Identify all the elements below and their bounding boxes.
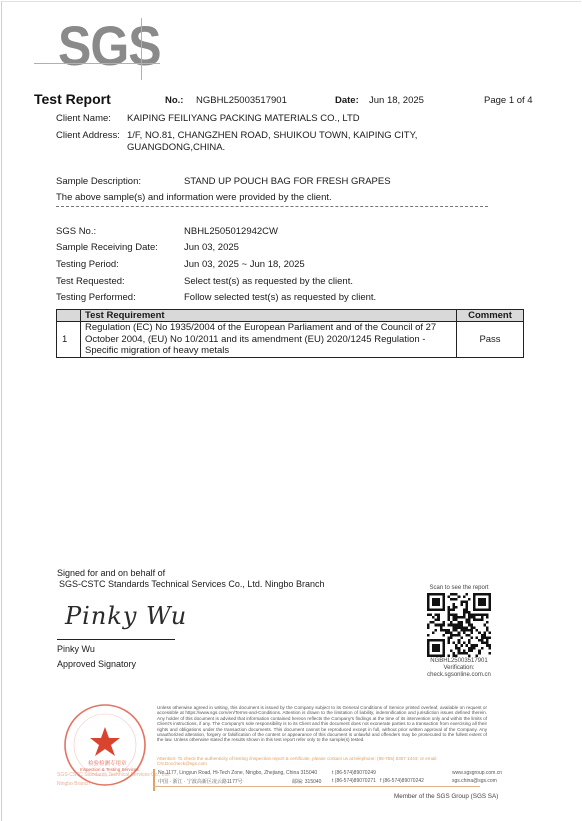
header-comment: Comment [457, 310, 524, 322]
date-value: Jun 18, 2025 [369, 95, 424, 106]
postcode-chinese: 邮编: 315040 [292, 778, 321, 785]
star-icon [90, 727, 120, 756]
sgs-no-label: SGS No.: [56, 226, 96, 237]
table-header-row: Test Requirement Comment [57, 310, 524, 322]
testing-period-value: Jun 03, 2025 ~ Jun 18, 2025 [184, 259, 305, 270]
requirement-line: Specific migration of heavy metals [85, 345, 452, 357]
report-no-value: NGBHL25003517901 [196, 95, 287, 106]
receiving-date-value: Jun 03, 2025 [184, 242, 239, 253]
date-label: Date: [335, 95, 359, 106]
header-test-requirement: Test Requirement [81, 310, 457, 322]
testing-performed-label: Testing Performed: [56, 292, 136, 303]
test-requested-value: Select test(s) as requested by the clien… [184, 276, 353, 287]
test-requested-label: Test Requested: [56, 276, 125, 287]
signed-for-text: Signed for and on behalf of [57, 568, 165, 578]
address-english: No.1177, Lingyun Road, Hi-Tech Zone, Nin… [158, 770, 317, 776]
client-name-value: KAIPING FEILIYANG PACKING MATERIALS CO.,… [127, 113, 360, 124]
receiving-date-label: Sample Receiving Date: [56, 242, 158, 253]
qr-report-no: NGBHL25003517901 [420, 658, 498, 665]
email-link[interactable]: sgs.china@sgs.com [452, 778, 497, 784]
sgs-no-value: NBHL2505012942CW [184, 226, 278, 237]
address-chinese: 中国 · 浙江 · 宁波高新区凌云路1177号 [158, 778, 243, 785]
row-comment: Pass [457, 322, 524, 358]
sgs-logo-text: SGS [58, 18, 161, 74]
requirement-line: October 2004, (EU) No 10/2011 and its am… [85, 334, 452, 346]
header-number [57, 310, 81, 322]
sgs-member-note: Member of the SGS Group (SGS SA) [394, 793, 498, 800]
qr-code-icon[interactable] [427, 593, 491, 657]
testing-period-label: Testing Period: [56, 259, 119, 270]
table-row: 1 Regulation (EC) No 1935/2004 of the Eu… [57, 322, 524, 358]
signatory-name: Pinky Wu [57, 644, 95, 654]
signing-company: SGS-CSTC Standards Technical Services Co… [59, 579, 324, 589]
signatory-role: Approved Signatory [57, 659, 136, 669]
test-requirements-table: Test Requirement Comment 1 Regulation (E… [56, 309, 524, 358]
stamp-overlay-line2: Ningbo Branch [57, 781, 90, 787]
report-no-label: No.: [165, 95, 183, 106]
report-page [1, 1, 581, 821]
website-link[interactable]: www.sgsgroup.com.cn [452, 770, 502, 776]
fax-number: f (86-574)89070242 [380, 778, 424, 784]
client-address-label: Client Address: [56, 130, 120, 141]
signature-line [57, 639, 175, 640]
sample-description-value: STAND UP POUCH BAG FOR FRESH GRAPES [184, 176, 391, 187]
client-name-label: Client Name: [56, 113, 111, 124]
testing-performed-value: Follow selected test(s) as requested by … [184, 292, 376, 303]
report-title: Test Report [34, 91, 111, 107]
terms-disclaimer: Unless otherwise agreed in writing, this… [157, 705, 487, 743]
sample-description-label: Sample Description: [56, 176, 141, 187]
telephone-2: t (86-574)89070271 [332, 778, 376, 784]
stamp-center-cn: 检验检测专用章 [88, 759, 127, 767]
handwritten-signature: Pinky Wu [65, 602, 187, 630]
row-requirement: Regulation (EC) No 1935/2004 of the Euro… [81, 322, 457, 358]
qr-verification-label: Verification: [420, 665, 498, 672]
qr-block: Scan to see the report NGBHL25003517901 … [420, 585, 498, 679]
client-address-line2: GUANGDONG,CHINA. [127, 142, 225, 153]
address-accent-bar [153, 769, 155, 791]
telephone-1: t (86-574)89070249 [332, 770, 376, 776]
dashed-separator [56, 206, 488, 208]
row-number: 1 [57, 322, 81, 358]
qr-verification-site: check.sgsonline.com.cn [420, 672, 498, 679]
page-indicator: Page 1 of 4 [484, 95, 533, 106]
qr-caption: Scan to see the report [420, 585, 498, 592]
client-address-line1: 1/F, NO.81, CHANGZHEN ROAD, SHUIKOU TOWN… [127, 130, 417, 141]
authenticity-attention: Attention: To check the authenticity of … [157, 756, 487, 767]
logo-vertical-line [141, 18, 142, 80]
footer-rule [153, 786, 480, 787]
requirement-line: Regulation (EC) No 1935/2004 of the Euro… [85, 322, 452, 334]
company-seal-stamp: 检验检测专用章 Inspection & Testing Services [60, 703, 150, 793]
sample-provided-note: The above sample(s) and information were… [56, 192, 332, 203]
sgs-logo: SGS [34, 12, 160, 72]
